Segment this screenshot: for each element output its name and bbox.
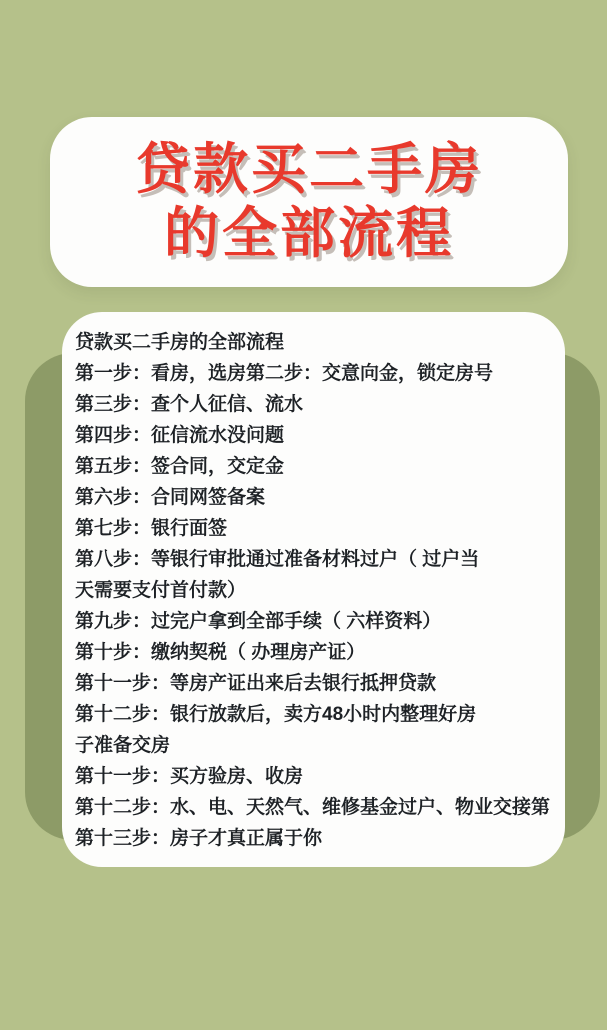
step-line: 第九步：过完户拿到全部手续（ 六样资料） [75, 606, 553, 637]
step-line: 第十步：缴纳契税（ 办理房产证） [75, 637, 553, 668]
step-line: 第七步：银行面签 [75, 513, 553, 544]
step-line-continuation: 子准备交房 [75, 730, 553, 761]
step-line: 第五步：签合同，交定金 [75, 451, 553, 482]
step-line: 第六步：合同网签备案 [75, 482, 553, 513]
title-card: 贷款买二手房 的全部流程 [50, 117, 568, 287]
poster-background: 贷款买二手房 的全部流程 贷款买二手房的全部流程 第一步：看房，选房第二步：交意… [0, 0, 607, 1030]
step-line: 第十二步：银行放款后，卖方48小时内整理好房 [75, 699, 553, 730]
content-heading: 贷款买二手房的全部流程 [75, 327, 553, 358]
step-line: 第八步：等银行审批通过准备材料过户（ 过户当 [75, 544, 553, 575]
step-line: 第四步：征信流水没问题 [75, 420, 553, 451]
step-line: 第十一步：等房产证出来后去银行抵押贷款 [75, 668, 553, 699]
poster-title-line-2: 的全部流程 [164, 202, 454, 266]
poster-title-line-1: 贷款买二手房 [135, 138, 483, 202]
step-line: 第一步：看房，选房第二步：交意向金，锁定房号 [75, 358, 553, 389]
step-line-continuation: 天需要支付首付款） [75, 575, 553, 606]
step-line: 第十一步：买方验房、收房 [75, 761, 553, 792]
content-card: 贷款买二手房的全部流程 第一步：看房，选房第二步：交意向金，锁定房号 第三步：查… [62, 312, 565, 867]
step-line: 第十三步：房子才真正属于你 [75, 823, 553, 854]
step-line: 第三步：查个人征信、流水 [75, 389, 553, 420]
step-line: 第十二步：水、电、天然气、维修基金过户、物业交接第 [75, 792, 553, 823]
